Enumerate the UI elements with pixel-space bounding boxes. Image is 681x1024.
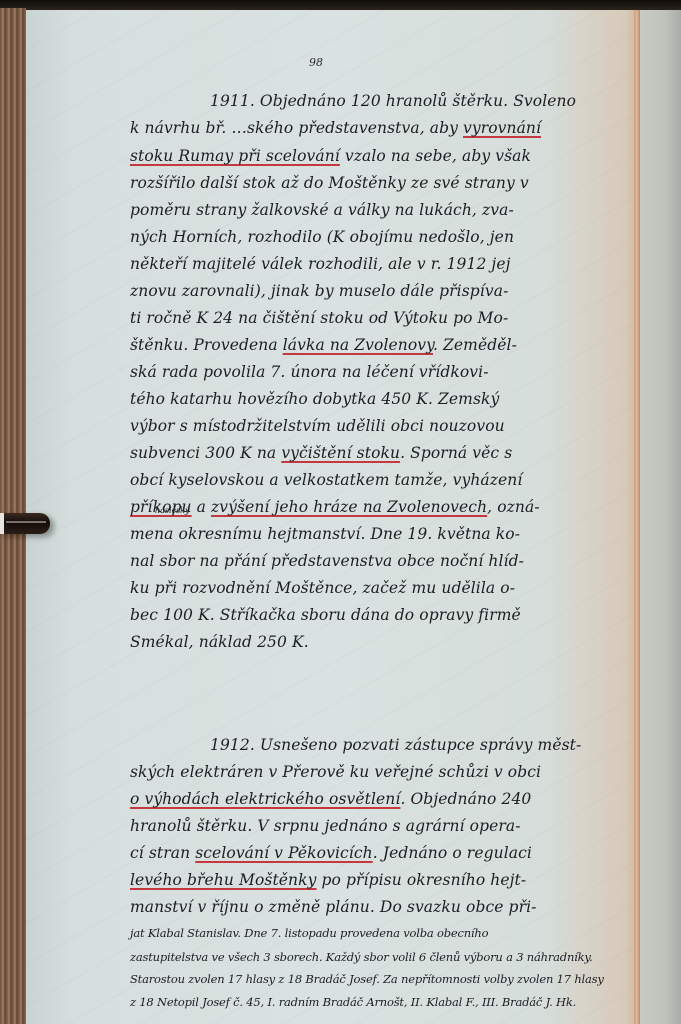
page-number: 98	[309, 56, 323, 69]
underlined-phrase: zvýšení jeho hráze na Zvolenovech	[211, 498, 487, 516]
text-line: z 18 Netopil Josef č. 45, I. radním Brad…	[130, 995, 630, 1009]
text-line: manství v říjnu o změně plánu. Do svazku…	[130, 898, 630, 916]
text-line: poměru strany žalkovské a války na lukác…	[130, 201, 630, 219]
text-line: ských elektráren v Přerově ku veřejné sc…	[130, 763, 630, 781]
text-line: ných Horních, rozhodilo (K obojímu nedoš…	[130, 228, 630, 246]
text-line: Starostou zvolen 17 hlasy z 18 Bradáč Jo…	[130, 972, 630, 986]
bookmark-clip	[0, 513, 50, 534]
underlined-phrase: příkopu	[130, 498, 192, 516]
book-top-edge	[0, 0, 681, 10]
text-line: levého břehu Moštěnky po přípisu okresní…	[130, 871, 630, 889]
text-line: jat Klabal Stanislav. Dne 7. listopadu p…	[130, 926, 630, 940]
text-line: 1912. Usnešeno pozvati zástupce správy m…	[210, 736, 630, 754]
underlined-phrase: stoku Rumay při scelování	[130, 147, 340, 165]
text-line: o výhodách elektrického osvětlení. Objed…	[130, 790, 630, 808]
underlined-phrase: vyrovnání	[463, 119, 541, 137]
text-line: příkopu a zvýšení jeho hráze na Zvolenov…	[130, 498, 630, 516]
text-line: rozšířilo další stok až do Moštěnky ze s…	[130, 174, 630, 192]
text-line: ská rada povolila 7. února na léčení vří…	[130, 363, 630, 381]
text-line: k návrhu bř. …ského představenstva, aby …	[130, 119, 630, 137]
underlined-phrase: vyčištění stoku	[281, 444, 400, 462]
text-line: 1911. Objednáno 120 hranolů štěrku. Svol…	[210, 92, 630, 110]
text-line: ti ročně K 24 na čištění stoku od Výtoku…	[130, 309, 630, 327]
text-line: někteří majitelé válek rozhodili, ale v …	[130, 255, 630, 273]
text-line: hranolů štěrku. V srpnu jednáno s agrárn…	[130, 817, 630, 835]
text-line: subvenci 300 K na vyčištění stoku. Sporn…	[130, 444, 630, 462]
text-line: zastupitelstva ve všech 3 sborech. Každý…	[130, 950, 630, 964]
underlined-phrase: levého břehu Moštěnky	[130, 871, 317, 889]
text-line: bec 100 K. Stříkačka sboru dána do oprav…	[130, 606, 630, 624]
text-line: nal sbor na přání představenstva obce no…	[130, 552, 630, 570]
text-line: tého katarhu hovězího dobytka 450 K. Zem…	[130, 390, 630, 408]
underlined-phrase: o výhodách elektrického osvětlení	[130, 790, 400, 808]
text-line: ku při rozvodnění Moštěnce, začež mu udě…	[130, 579, 630, 597]
text-line: znovu zarovnali), jinak by muselo dále p…	[130, 282, 630, 300]
facing-page-edge	[640, 10, 681, 1024]
text-line: Smékal, náklad 250 K.	[130, 633, 630, 651]
text-line: cí stran scelování v Pěkovicích. Jednáno…	[130, 844, 630, 862]
text-line: mena okresnímu hejtmanství. Dne 19. květ…	[130, 525, 630, 543]
text-line: stoku Rumay při scelování vzalo na sebe,…	[130, 147, 630, 165]
underlined-phrase: lávka na Zvolenovy	[283, 336, 433, 354]
text-line: obcí kyselovskou a velkostatkem tamže, v…	[130, 471, 630, 489]
text-line: výbor s místodržitelstvím udělili obci n…	[130, 417, 630, 435]
underlined-phrase: scelování v Pěkovicích	[195, 844, 373, 862]
text-line: štěnku. Provedena lávka na Zvolenovy. Ze…	[130, 336, 630, 354]
